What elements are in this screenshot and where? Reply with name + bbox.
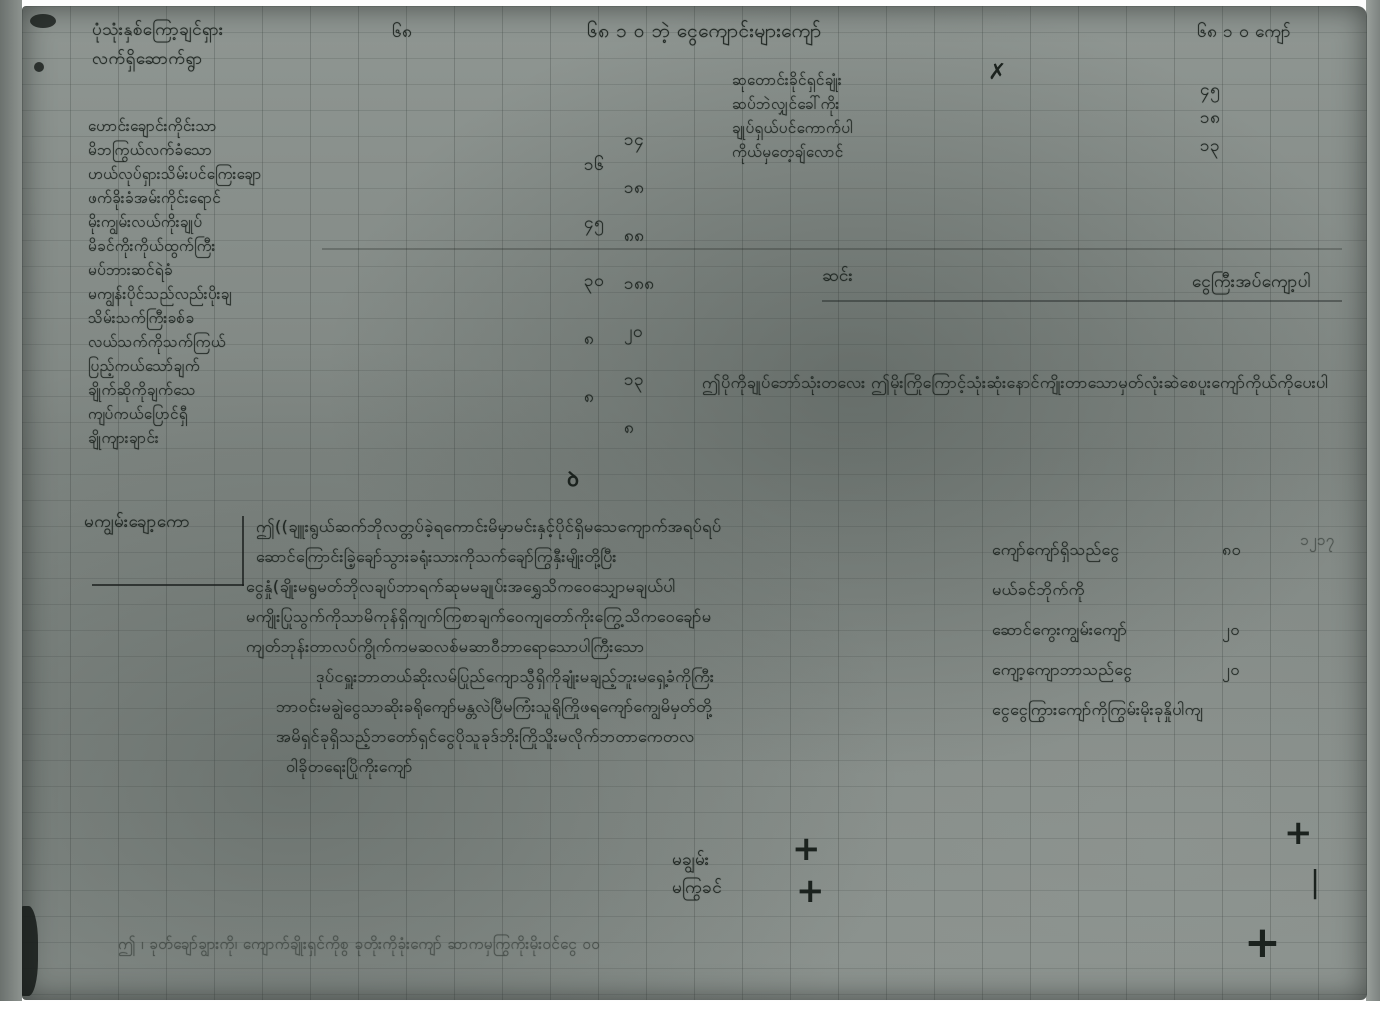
paragraph-line: ဝါခိုတရေးပြိုကိုးကျော် bbox=[286, 752, 721, 782]
center-left-numeral-column: ၁၆ ၄၅ ၃၀ ၈ ၈ bbox=[584, 136, 604, 426]
box-rule-horizontal bbox=[92, 584, 244, 586]
center-note-block: ဆုတောင်းခိုင်ရှင်ချုံး ဆပ်ဘဲလျှင်ခေါ်ကို… bbox=[732, 68, 853, 164]
right-list-item: မယ်ခင်ဘိုက်ကို bbox=[992, 570, 1203, 610]
paragraph-line: ကျတ်ဘုန်းတာလပ်ကွိုက်ကမဆလစ်မဆာဝီဘာရောသောပ… bbox=[246, 632, 721, 662]
box-rule-vertical bbox=[242, 516, 244, 586]
list-item: ဟယ်လုပ်ရှားသိမ်းပင်ကြေးချော bbox=[88, 162, 262, 186]
item-text: ငွေငွေကြွားကျော်ကိုကြွမ်းမိုးခုနှိုပါကျ bbox=[992, 700, 1203, 719]
list-item: မကျွန်းပိုင်သည်လည်းပိုးချ bbox=[88, 282, 262, 306]
numeral-entry: ၁၃ bbox=[624, 356, 655, 404]
numeral-entry: ၁၆ bbox=[584, 136, 604, 194]
corner-numeral: ၁၃ bbox=[1200, 132, 1220, 160]
left-column-list: ဟောင်းချောင်းကိုင်းသာ မိဘကြွယ်လက်ခံသော ဟ… bbox=[88, 114, 262, 450]
right-corner-marks: ၄၅ ၁၈ ၁၃ bbox=[1200, 76, 1220, 160]
mid-sentence: ဤပိုကိုချုပ်ဘော်သုံးတလေး ဤမိုးကြိုကြောင့… bbox=[702, 368, 1328, 397]
list-item: ဖက်ခိုးခံအမ်းကိုင်းရောင် bbox=[88, 186, 262, 210]
right-list-item: ကျော်ကျော်ရှိသည်ငွေ၈၀ bbox=[992, 530, 1203, 570]
item-text: ကျော်ကျော်ရှိသည်ငွေ bbox=[992, 540, 1120, 559]
center-right-numeral-column: ၁၄ ၁၈ ၈၈ ၁၈၈ ၂၀ ၁၃ ၈ bbox=[624, 116, 655, 452]
horizontal-rule bbox=[822, 300, 1342, 302]
ink-stain bbox=[30, 14, 56, 28]
paragraph-line: ဆောင်ကြောင်းခြဲ့ချော်သွားခရုံးသားကိုသက်ခ… bbox=[256, 542, 721, 572]
note-line: ဆုတောင်းခိုင်ရှင်ချုံး bbox=[732, 68, 853, 92]
numeral-entry: ၃၀ bbox=[584, 252, 604, 310]
corner-numeral: ၁၈ bbox=[1200, 104, 1220, 132]
stroke-mark: | bbox=[1310, 866, 1320, 900]
right-list-item: ငွေငွေကြွားကျော်ကိုကြွမ်းမိုးခုနှိုပါကျ bbox=[992, 690, 1203, 730]
paragraph-line: အမိရှင်ခုရှိသည့်ဘတော်ရှင်ငွေပိုသူခုဒ်ဘို… bbox=[276, 722, 721, 752]
item-amount: ၂၀ bbox=[1222, 610, 1240, 650]
bottom-faint-line: ဤ ၊ ခုတ်ချော်ချွားကို၊ ကျောက်ချိုးရှင်ကိ… bbox=[118, 932, 600, 956]
cross-mark: + bbox=[1244, 926, 1281, 960]
signature-name: မချွမ်း bbox=[672, 846, 710, 875]
right-list: ကျော်ကျော်ရှိသည်ငွေ၈၀ မယ်ခင်ဘိုက်ကို ဆော… bbox=[992, 530, 1203, 730]
paragraph-line: ငွေနှုံ(ချိုးမရွမတ်ဘိုလချပ်ဘာရက်ဆုမမချုပ… bbox=[246, 572, 721, 602]
numeral-entry: ၁၈ bbox=[624, 164, 655, 212]
stray-mark: ✗ bbox=[988, 56, 1006, 90]
item-text: မယ်ခင်ဘိုက်ကို bbox=[992, 580, 1085, 599]
list-item: မိခင်ကိုးကိုယ်ထွက်ကြီး bbox=[88, 234, 262, 258]
numeral-entry: ၁၈၈ bbox=[624, 260, 655, 308]
mid-right-label: ငွေကြီးအပ်ကျော့ပါ bbox=[1192, 268, 1311, 297]
stray-mark: ꝺ bbox=[567, 462, 579, 496]
mid-label: ဆင်း bbox=[822, 262, 853, 291]
list-item: ချိုကျားချာင်း bbox=[88, 426, 262, 450]
header-left-line: လက်ရှိဆောက်ရွာ bbox=[92, 45, 224, 74]
list-item: မပ်ဘားဆင်ရဲခံ bbox=[88, 258, 262, 282]
list-item: ပြည့်ကယ်သော်ချက် bbox=[88, 354, 262, 378]
list-item: မိုးကျွမ်းလယ်ကိုးချုပ် bbox=[88, 210, 262, 234]
header-left-line: ပုံသုံးနှစ်ကြော့ချင်ရှား bbox=[92, 16, 224, 45]
note-line: ကိုယ်မှတေ့ချ်လောင် bbox=[732, 140, 853, 164]
paragraph-line: ဘာဝင်းမချွဲငွေသာဆိုးခရိုကျော်မန္တလဲပြီမက… bbox=[276, 692, 721, 722]
list-item: မိဘကြွယ်လက်ခံသော bbox=[88, 138, 262, 162]
header-column-numeral: ၆၈ bbox=[392, 18, 412, 47]
paragraph-line: မကျိုးပြုသွက်ကိုသာမိကုန်ရှိကျက်ကြစာချက်ဝ… bbox=[246, 602, 721, 632]
item-amount: ၂ဝ bbox=[1222, 650, 1240, 690]
list-item: ဟောင်းချောင်းကိုင်းသာ bbox=[88, 114, 262, 138]
numeral-entry: ၂၀ bbox=[624, 308, 655, 356]
cross-mark: + bbox=[1284, 816, 1313, 850]
horizontal-rule bbox=[322, 248, 1342, 250]
photo-frame: ပုံသုံးနှစ်ကြော့ချင်ရှား လက်ရှိဆောက်ရွာ … bbox=[0, 0, 1380, 1015]
item-amount: ၈၀ bbox=[1222, 530, 1241, 570]
list-item: ချိုက်ဆိုကိုချက်သေ bbox=[88, 378, 262, 402]
main-paragraph: ဤ((ချူးရွယ်ဆက်ဘိုလတ္တပ်ခဲ့ရကောင်းမိမှာမင… bbox=[246, 512, 721, 782]
binding-edge-left bbox=[0, 0, 22, 1015]
signature-name: မကြွခင် bbox=[672, 874, 722, 903]
ink-stain bbox=[34, 62, 44, 72]
right-list-item: ဆောင်ကွေးကျွမ်းကျော်၂၀ bbox=[992, 610, 1203, 650]
numeral-entry: ၈ bbox=[584, 368, 604, 426]
numeral-entry: ၈ bbox=[624, 404, 655, 452]
paragraph-line: ဒုပ်ငရှူးဘာတယ်ဆိုးလမ်ပြုည်ကျောသွီရှိကိုခ… bbox=[316, 662, 721, 692]
header-right-text: ၆၈ ၁ ၀ ကျော် bbox=[1197, 18, 1291, 47]
right-top-faint-numeral: ၁၂၁၇ bbox=[1300, 528, 1335, 552]
corner-numeral: ၄၅ bbox=[1200, 76, 1220, 104]
item-text: ဆောင်ကွေးကျွမ်းကျော် bbox=[992, 620, 1127, 639]
note-line: ဆပ်ဘဲလျှင်ခေါ်ကိုး bbox=[732, 92, 853, 116]
ink-stain bbox=[22, 906, 38, 996]
header-left-block: ပုံသုံးနှစ်ကြော့ချင်ရှား လက်ရှိဆောက်ရွာ bbox=[92, 16, 224, 74]
paragraph-line: ဤ((ချူးရွယ်ဆက်ဘိုလတ္တပ်ခဲ့ရကောင်းမိမှာမင… bbox=[256, 512, 721, 542]
photo-border-bottom bbox=[0, 1001, 1380, 1015]
signature-cross-mark: + bbox=[792, 832, 821, 866]
item-text: ကျော့ကျောဘာသည်ငွေ bbox=[992, 660, 1132, 679]
numeral-entry: ၈ bbox=[584, 310, 604, 368]
page-edge-right bbox=[1366, 0, 1380, 1015]
numeral-entry: ၈၈ bbox=[624, 212, 655, 260]
header-center-text: ၆၈ ၁ ၀ ဘဲ့ ငွေကျောင်းများကျော် bbox=[587, 16, 822, 47]
boxed-label: မကျွမ်းချော့ကော bbox=[84, 508, 190, 537]
list-item: ကျပ်ကယ်ပြောင်ရှီ bbox=[88, 402, 262, 426]
list-item: လယ်သက်ကိုသက်ကြယ် bbox=[88, 330, 262, 354]
list-item: သိမ်းသက်ကြီးခစ်ခ bbox=[88, 306, 262, 330]
manuscript-page: ပုံသုံးနှစ်ကြော့ချင်ရှား လက်ရှိဆောက်ရွာ … bbox=[22, 6, 1367, 1000]
right-list-item: ကျော့ကျောဘာသည်ငွေ၂ဝ bbox=[992, 650, 1203, 690]
numeral-entry: ၁၄ bbox=[624, 116, 655, 164]
numeral-entry: ၄၅ bbox=[584, 194, 604, 252]
note-line: ချုပ်ရှယ်ပင်ကောက်ပါ bbox=[732, 116, 853, 140]
signature-cross-mark: + bbox=[796, 874, 825, 908]
